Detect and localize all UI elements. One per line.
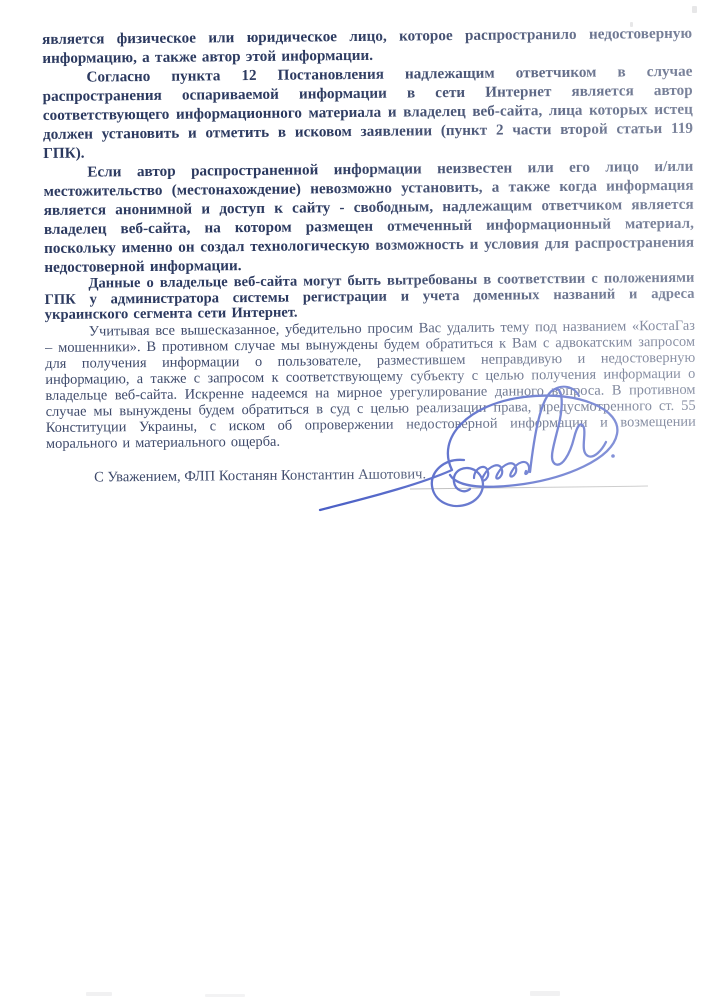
paragraph-anonymous-author: Если автор распространенной информации н… [43, 157, 694, 277]
signature-top-hook [553, 387, 579, 396]
signature-ink-dot [611, 454, 615, 458]
paragraph-respondent-rule: Согласно пункта 12 Постановления надлежа… [42, 62, 693, 163]
signature-letter-chain [474, 462, 529, 481]
signature-loop [432, 460, 483, 506]
scan-speck [530, 991, 560, 996]
handwritten-signature [316, 376, 668, 524]
paragraph-continuation: является физическое или юридическое лицо… [42, 24, 692, 68]
signature-flourish [320, 396, 617, 510]
paragraph-owner-data: Данные о владельце веб-сайта могут быть … [44, 271, 694, 324]
scanned-letter-page: является физическое или юридическое лицо… [0, 0, 727, 1000]
scan-speck [86, 992, 112, 996]
scan-speck [692, 6, 697, 13]
scan-speck [205, 994, 245, 997]
scan-speck [630, 22, 633, 27]
